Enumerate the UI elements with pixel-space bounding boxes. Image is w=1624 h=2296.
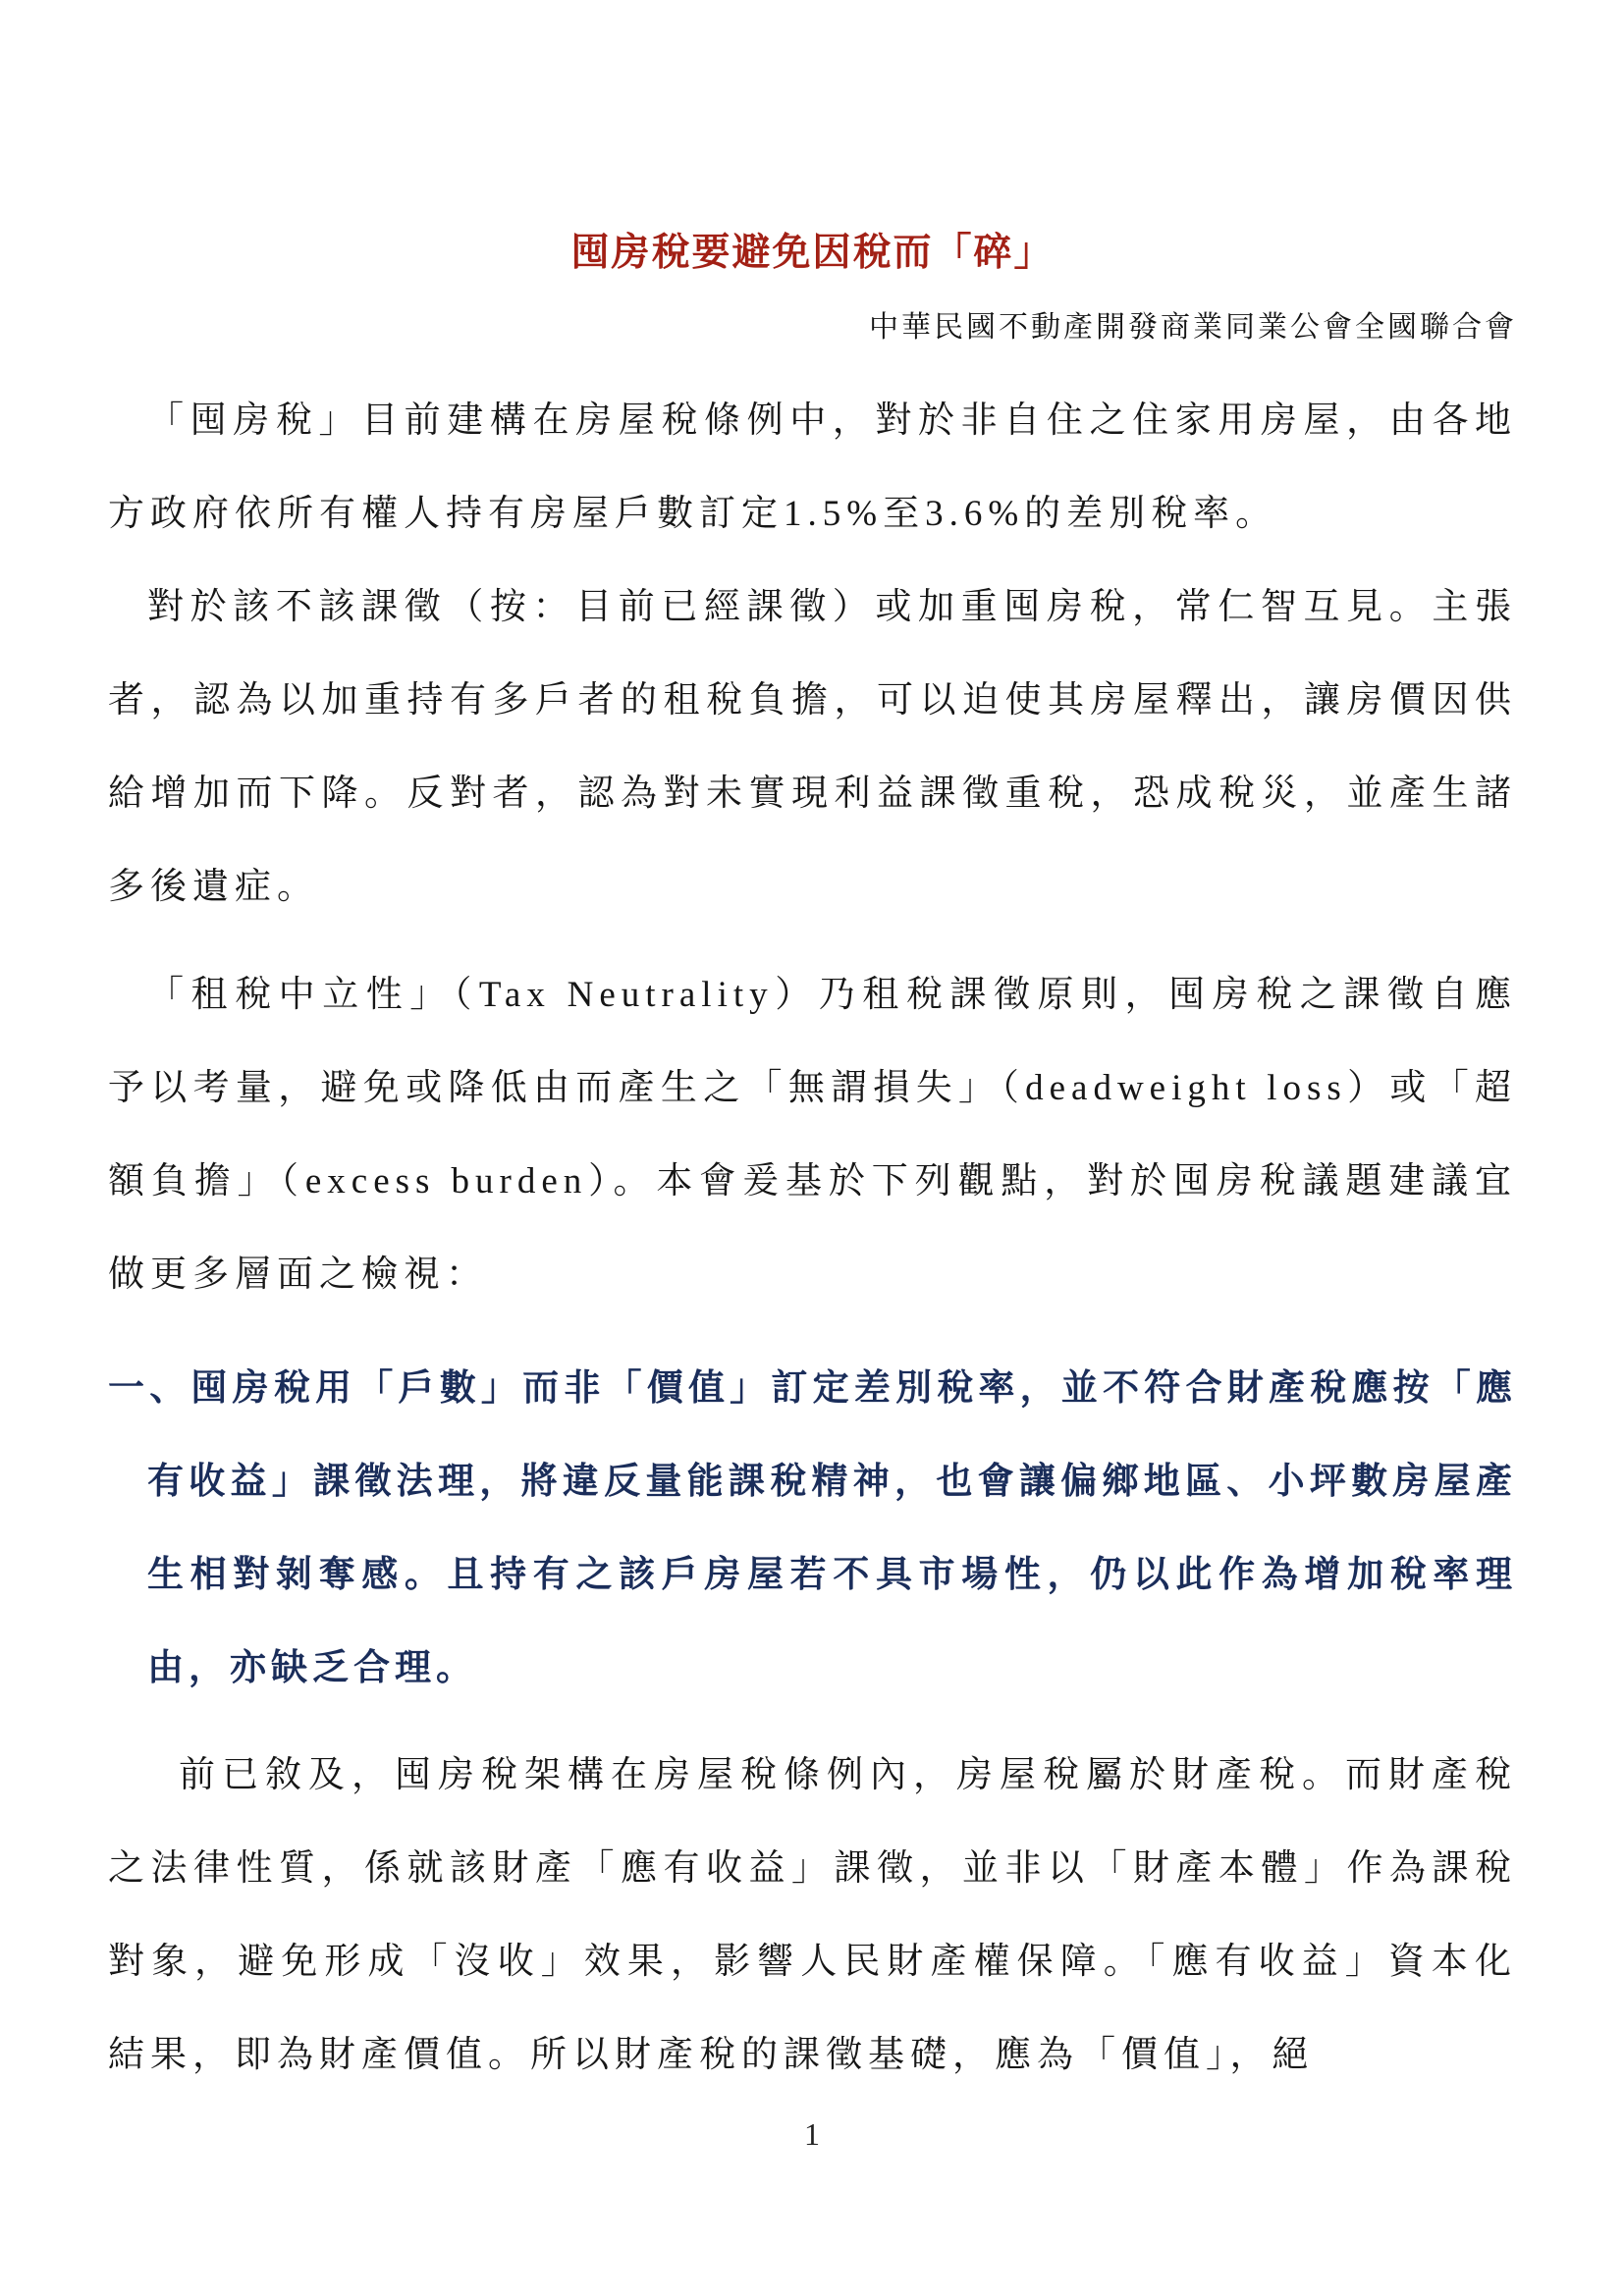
paragraph-tax-neutrality: 「租稅中立性」（Tax Neutrality）乃租稅課徵原則，囤房稅之課徵自應予… (108, 948, 1517, 1321)
section-heading-1: 一、囤房稅用「戶數」而非「價值」訂定差別稅率，並不符合財產稅應按「應有收益」課徵… (108, 1341, 1517, 1714)
page-number: 1 (0, 2116, 1624, 2153)
document-page: 囤房稅要避免因稅而「碎」 中華民國不動產開發商業同業公會全國聯合會 「囤房稅」目… (0, 0, 1624, 2296)
author-byline: 中華民國不動產開發商業同業公會全國聯合會 (108, 305, 1517, 350)
paragraph-intro: 「囤房稅」目前建構在房屋稅條例中，對於非自住之住家用房屋，由各地方政府依所有權人… (108, 374, 1517, 561)
paragraph-property-tax-nature: 前已敘及，囤房稅架構在房屋稅條例內，房屋稅屬於財產稅。而財產稅之法律性質，係就該… (108, 1729, 1517, 2102)
paragraph-debate: 對於該不該課徵（按：目前已經課徵）或加重囤房稅，常仁智互見。主張者，認為以加重持… (108, 561, 1517, 934)
document-title: 囤房稅要避免因稅而「碎」 (108, 229, 1517, 278)
